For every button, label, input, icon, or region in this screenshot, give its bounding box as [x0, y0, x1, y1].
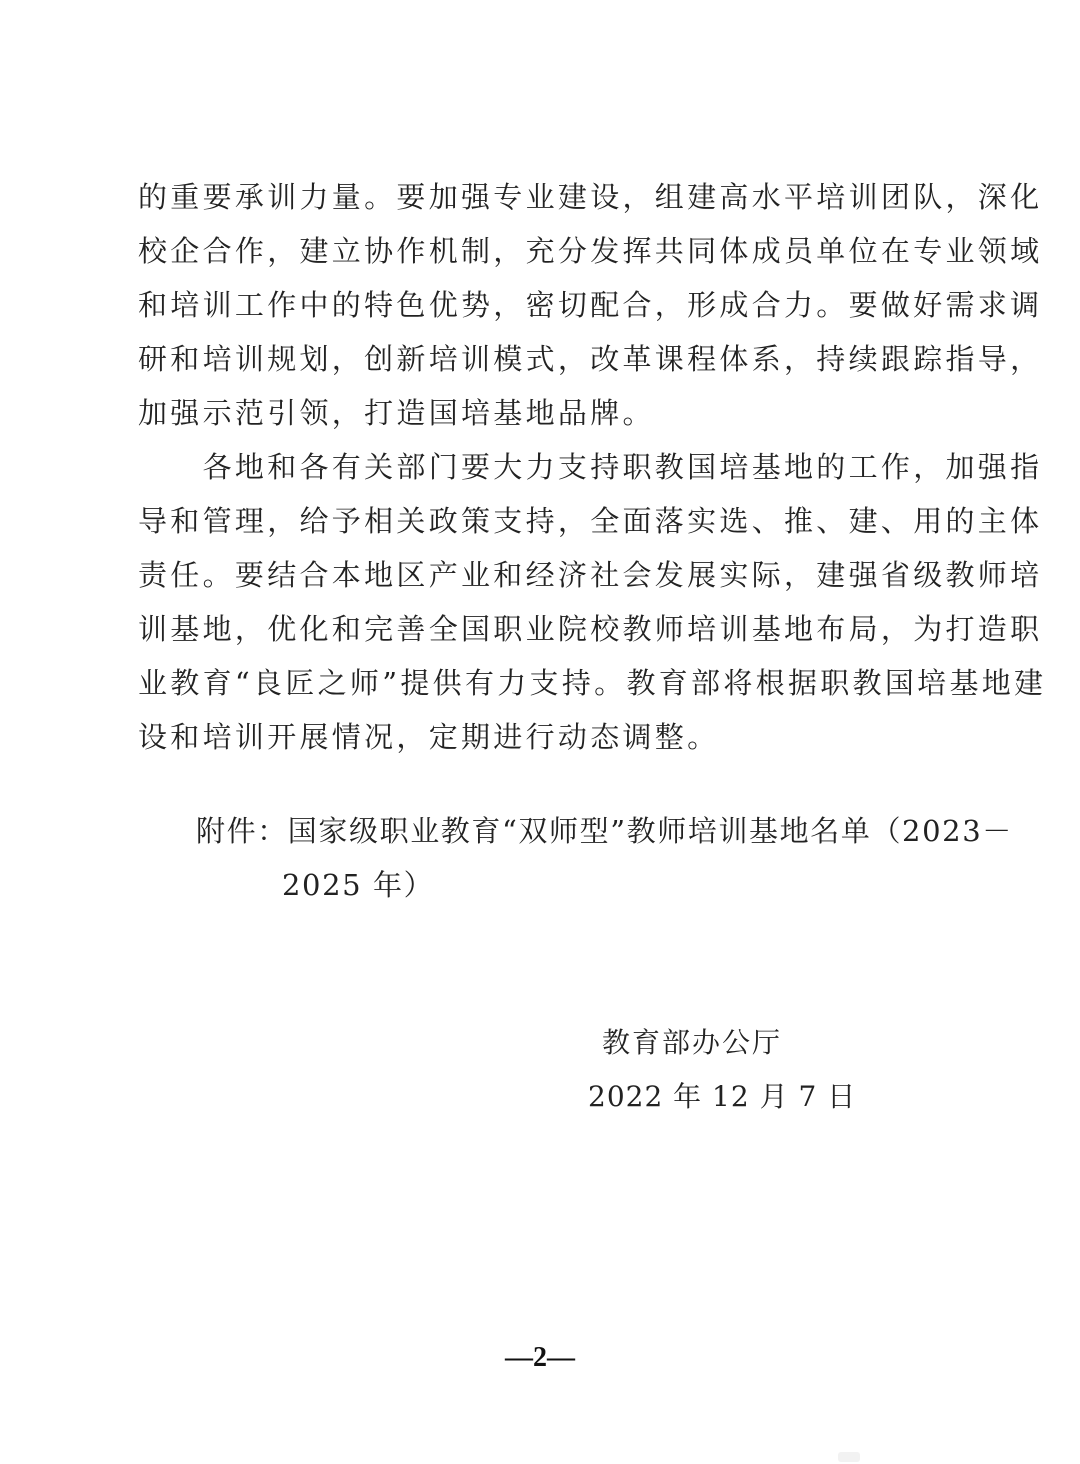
- text-line: 加强示范引领，打造国培基地品牌。: [138, 386, 944, 440]
- attachment-note: 附件：国家级职业教育“双师型”教师培训基地名单（2023－ 2025 年）: [196, 804, 956, 912]
- paragraph-1: 的重要承训力量。要加强专业建设，组建高水平培训团队，深化 校企合作，建立协作机制…: [138, 170, 944, 440]
- text-line: 和培训工作中的特色优势，密切配合，形成合力。要做好需求调: [138, 278, 944, 332]
- issuing-organization: 教育部办公厅: [588, 1016, 848, 1070]
- text-line: 研和培训规划，创新培训模式，改革课程体系，持续跟踪指导，: [138, 332, 944, 386]
- text-line: 的重要承训力量。要加强专业建设，组建高水平培训团队，深化: [138, 170, 944, 224]
- text-line: 校企合作，建立协作机制，充分发挥共同体成员单位在专业领域: [138, 224, 944, 278]
- text-line: 业教育“良匠之师”提供有力支持。教育部将根据职教国培基地建: [138, 656, 944, 710]
- attachment-line-2: 2025 年）: [196, 858, 956, 912]
- text-line: 导和管理，给予相关政策支持，全面落实选、推、建、用的主体: [138, 494, 944, 548]
- signature-block: 教育部办公厅 2022 年 12 月 7 日: [588, 1016, 848, 1124]
- text-line: 设和培训开展情况，定期进行动态调整。: [138, 710, 944, 764]
- attachment-line-1: 附件：国家级职业教育“双师型”教师培训基地名单（2023－: [196, 804, 956, 858]
- watermark-mark: [838, 1452, 860, 1462]
- text-line: 训基地，优化和完善全国职业院校教师培训基地布局，为打造职: [138, 602, 944, 656]
- page-number: —2—: [0, 1342, 1080, 1374]
- body-text: 的重要承训力量。要加强专业建设，组建高水平培训团队，深化 校企合作，建立协作机制…: [138, 170, 944, 764]
- paragraph-2: 各地和各有关部门要大力支持职教国培基地的工作，加强指 导和管理，给予相关政策支持…: [138, 440, 944, 764]
- document-page: 的重要承训力量。要加强专业建设，组建高水平培训团队，深化 校企合作，建立协作机制…: [0, 0, 1080, 1464]
- issue-date: 2022 年 12 月 7 日: [588, 1070, 848, 1124]
- text-line: 各地和各有关部门要大力支持职教国培基地的工作，加强指: [138, 440, 944, 494]
- text-line: 责任。要结合本地区产业和经济社会发展实际，建强省级教师培: [138, 548, 944, 602]
